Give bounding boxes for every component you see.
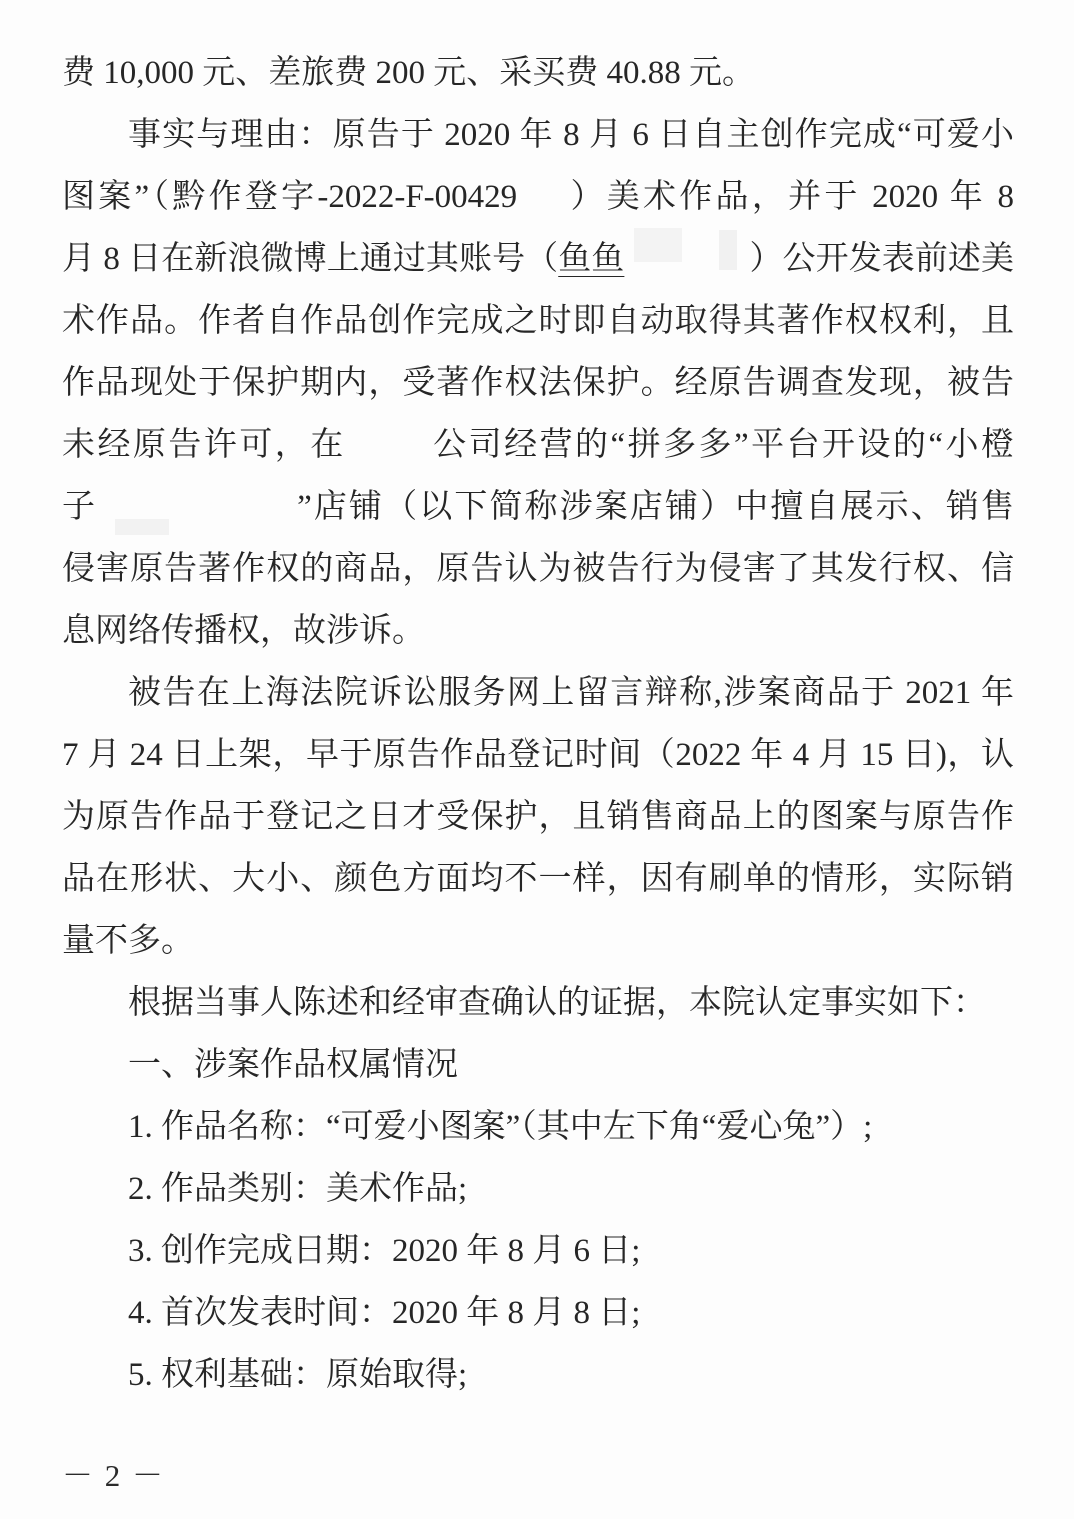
- text-line: 3. 创作完成日期：2020 年 8 月 6 日;: [62, 1220, 1014, 1282]
- text-segment: 息网络传播权，故涉诉。: [62, 613, 425, 649]
- text-segment: 子: [62, 489, 97, 525]
- text-line: 5. 权利基础：原始取得;: [62, 1344, 1014, 1406]
- text-segment: 图案”（黔作登字-2022-F-00429: [62, 179, 517, 215]
- text-segment: 作品现处于保护期内，受著作权法保护。经原告调查发现，被告: [62, 365, 1014, 401]
- text-line: 一、涉案作品权属情况: [62, 1034, 1014, 1096]
- text-line: 7 月 24 日上架，早于原告作品登记时间（2022 年 4 月 15 日)，认: [62, 724, 1014, 786]
- text-line: 品在形状、大小、颜色方面均不一样，因有刷单的情形，实际销: [62, 848, 1014, 910]
- text-segment: ）公开发表前述美: [749, 241, 1014, 277]
- text-segment: 未经原告许可，在: [62, 427, 346, 463]
- text-line: 作品现处于保护期内，受著作权法保护。经原告调查发现，被告: [62, 352, 1014, 414]
- text-segment: 量不多。: [62, 923, 194, 959]
- text-segment: 术作品。作者自作品创作完成之时即自动取得其著作权权利，且: [62, 303, 1014, 339]
- text-line: 被告在上海法院诉讼服务网上留言辩称,涉案商品于 2021 年: [62, 662, 1014, 724]
- text-segment: 费 10,000 元、差旅费 200 元、采买费 40.88 元。: [62, 55, 755, 91]
- text-segment: 根据当事人陈述和经审查确认的证据，本院认定事实如下：: [128, 985, 986, 1021]
- text-segment: 5. 权利基础：原始取得;: [128, 1357, 467, 1393]
- text-segment: 被告在上海法院诉讼服务网上留言辩称,涉案商品于 2021 年: [128, 675, 1014, 711]
- text-line: 4. 首次发表时间：2020 年 8 月 8 日;: [62, 1282, 1014, 1344]
- text-line: 未经原告许可，在公司经营的“拼多多”平台开设的“小橙: [62, 414, 1014, 476]
- text-line: 侵害原告著作权的商品，原告认为被告行为侵害了其发行权、信: [62, 538, 1014, 600]
- redaction-gap: [346, 422, 431, 455]
- text-line: 术作品。作者自作品创作完成之时即自动取得其著作权权利，且: [62, 290, 1014, 352]
- text-segment: 品在形状、大小、颜色方面均不一样，因有刷单的情形，实际销: [62, 861, 1014, 897]
- text-line: 月 8 日在新浪微博上通过其账号（鱼鱼）公开发表前述美: [62, 228, 1014, 290]
- text-line: 图案”（黔作登字-2022-F-00429）美术作品，并于 2020 年 8: [62, 166, 1014, 228]
- text-line: 子”店铺（以下简称涉案店铺）中擅自展示、销售: [62, 476, 1014, 538]
- document-page: 费 10,000 元、差旅费 200 元、采买费 40.88 元。事实与理由：原…: [0, 0, 1074, 1519]
- text-segment: 一、涉案作品权属情况: [128, 1047, 458, 1083]
- redaction-gap: [97, 484, 297, 517]
- text-segment: 为原告作品于登记之日才受保护，且销售商品上的图案与原告作: [62, 799, 1014, 835]
- text-segment: 7 月 24 日上架，早于原告作品登记时间（2022 年 4 月 15 日)，认: [62, 737, 1014, 773]
- text-line: 息网络传播权，故涉诉。: [62, 600, 1014, 662]
- redaction-gap: [517, 174, 567, 207]
- text-segment: 事实与理由：原告于 2020 年 8 月 6 日自主创作完成“可爱小: [128, 117, 1014, 153]
- text-segment: 侵害原告著作权的商品，原告认为被告行为侵害了其发行权、信: [62, 551, 1014, 587]
- text-line: 根据当事人陈述和经审查确认的证据，本院认定事实如下：: [62, 972, 1014, 1034]
- text-line: 1. 作品名称：“可爱小图案”（其中左下角“爱心兔”）;: [62, 1096, 1014, 1158]
- text-segment: 1. 作品名称：“可爱小图案”（其中左下角“爱心兔”）;: [128, 1109, 872, 1145]
- text-segment: 3. 创作完成日期：2020 年 8 月 6 日;: [128, 1233, 640, 1269]
- page-number: － 2 －: [62, 1458, 165, 1494]
- text-line: 量不多。: [62, 910, 1014, 972]
- text-segment: ）美术作品，并于 2020 年 8: [567, 179, 1014, 215]
- text-segment: 月 8 日在新浪微博上通过其账号（: [62, 241, 558, 277]
- text-segment: ”店铺（以下简称涉案店铺）中擅自展示、销售: [297, 489, 1014, 525]
- text-line: 费 10,000 元、差旅费 200 元、采买费 40.88 元。: [62, 42, 1014, 104]
- text-segment: 公司经营的“拼多多”平台开设的“小橙: [431, 427, 1014, 463]
- text-line: 事实与理由：原告于 2020 年 8 月 6 日自主创作完成“可爱小: [62, 104, 1014, 166]
- text-line: 2. 作品类别：美术作品;: [62, 1158, 1014, 1220]
- document-body: 费 10,000 元、差旅费 200 元、采买费 40.88 元。事实与理由：原…: [62, 42, 1014, 1406]
- redacted-account-name: 鱼鱼: [558, 241, 624, 277]
- text-segment: 4. 首次发表时间：2020 年 8 月 8 日;: [128, 1295, 640, 1331]
- text-line: 为原告作品于登记之日才受保护，且销售商品上的图案与原告作: [62, 786, 1014, 848]
- redaction-gap: [624, 236, 749, 269]
- text-segment: 2. 作品类别：美术作品;: [128, 1171, 467, 1207]
